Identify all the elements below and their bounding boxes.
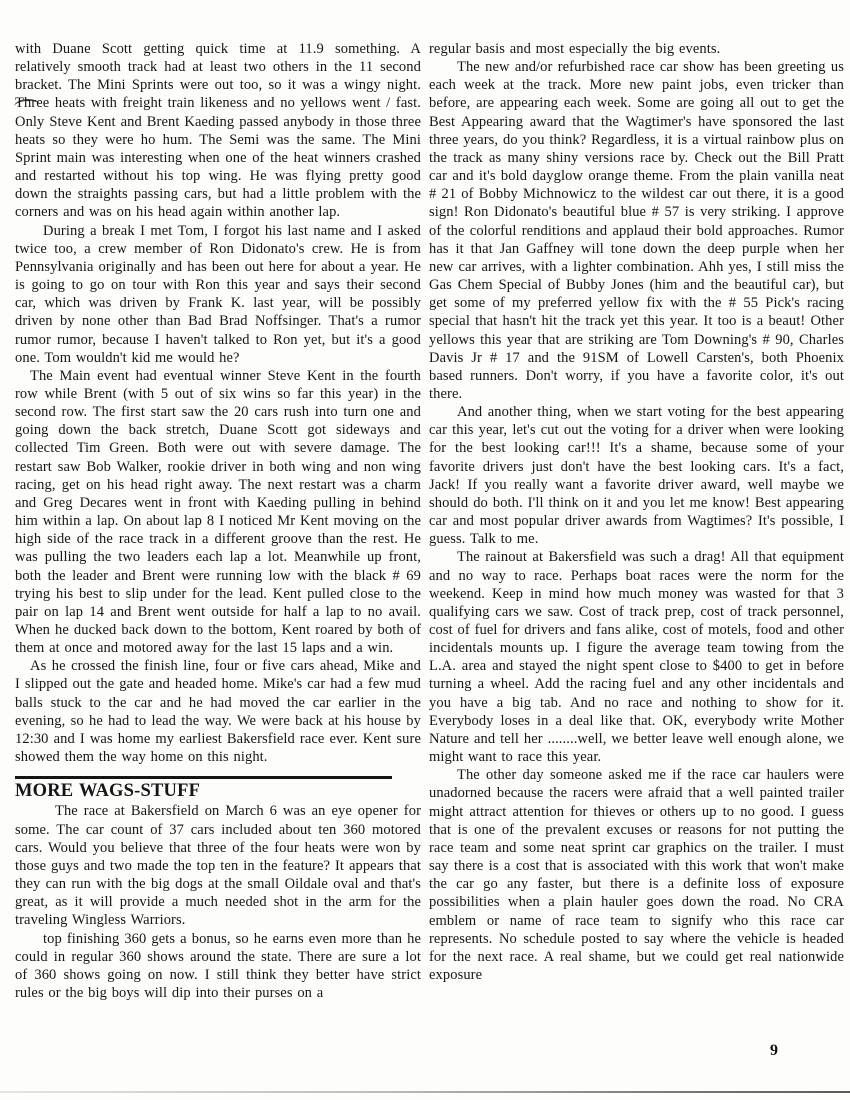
article-paragraph: The new and/or refurbished race car show…	[429, 58, 844, 403]
article-paragraph: The other day someone asked me if the ra…	[429, 766, 844, 984]
article-paragraph: During a break I met Tom, I forgot his l…	[15, 222, 421, 367]
article-paragraph: with Duane Scott getting quick time at 1…	[15, 40, 421, 222]
article-paragraph: And another thing, when we start voting …	[429, 403, 844, 548]
section-divider	[15, 776, 392, 779]
article-paragraph: The race at Bakersfield on March 6 was a…	[15, 802, 421, 929]
right-column: regular basis and most especially the bi…	[429, 40, 844, 984]
article-paragraph: As he crossed the finish line, four or f…	[15, 657, 421, 766]
article-paragraph: regular basis and most especially the bi…	[429, 40, 844, 58]
page-number: 9	[770, 1042, 778, 1060]
scanned-newsletter-page: with Duane Scott getting quick time at 1…	[0, 0, 850, 1100]
article-paragraph: top finishing 360 gets a bonus, so he ea…	[15, 930, 421, 1003]
scan-edge-line	[0, 1091, 850, 1093]
article-paragraph: The Main event had eventual winner Steve…	[15, 367, 421, 658]
left-column: with Duane Scott getting quick time at 1…	[15, 40, 421, 1002]
section-heading: MORE WAGS-STUFF	[15, 782, 421, 800]
article-paragraph: The rainout at Bakersfield was such a dr…	[429, 548, 844, 766]
